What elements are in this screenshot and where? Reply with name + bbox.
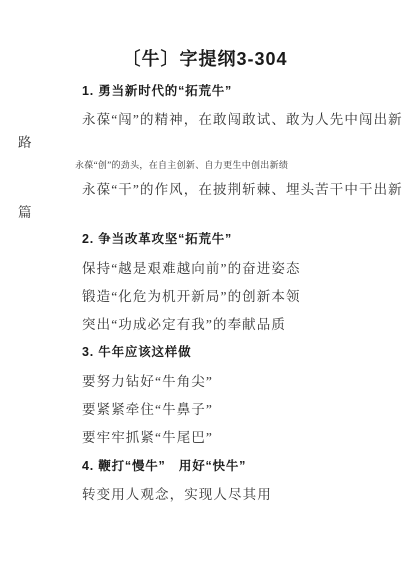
section-3-heading: 3. 牛年应该这样做 — [82, 346, 191, 359]
paragraph-line: 要努力钻好“牛角尖” — [82, 375, 213, 389]
paragraph-line: 要紧紧牵住“牛鼻子” — [82, 403, 213, 417]
paragraph-line-small: 永葆“创”的劲头，在自主创新、自力更生中创出新绩 — [75, 161, 288, 170]
paragraph-line: 篇 — [18, 206, 33, 220]
paragraph-line: 保持“越是艰难越向前”的奋进姿态 — [82, 262, 301, 276]
paragraph-line: 路 — [18, 136, 33, 150]
document-page: 〔牛〕字提纲3-304 1. 勇当新时代的“拓荒牛” 永葆“闯”的精神，在敢闯敢… — [0, 0, 410, 580]
paragraph-line: 永葆“闯”的精神，在敢闯敢试、敢为人先中闯出新 — [82, 113, 403, 127]
section-2-heading: 2. 争当改革攻坚“拓荒牛” — [82, 233, 232, 246]
paragraph-line: 突出“功成必定有我”的奉献品质 — [82, 318, 286, 332]
section-1-heading: 1. 勇当新时代的“拓荒牛” — [82, 85, 232, 98]
document-title: 〔牛〕字提纲3-304 — [0, 50, 410, 68]
paragraph-line: 要牢牢抓紧“牛尾巴” — [82, 431, 213, 445]
paragraph-line: 转变用人观念，实现人尽其用 — [82, 488, 272, 502]
paragraph-line: 永葆“干”的作风，在披荆斩棘、埋头苦干中干出新 — [82, 183, 403, 197]
paragraph-line: 锻造“化危为机开新局”的创新本领 — [82, 290, 301, 304]
section-4-heading: 4. 鞭打“慢牛” 用好“快牛” — [82, 460, 246, 473]
